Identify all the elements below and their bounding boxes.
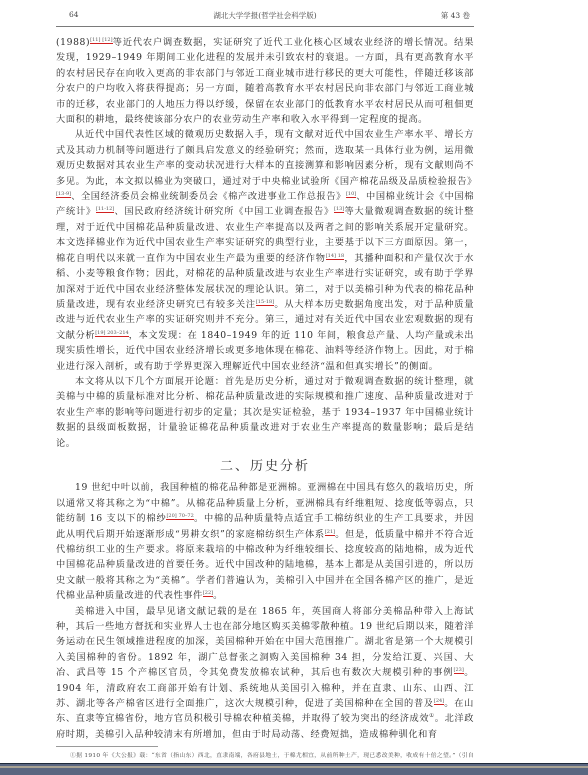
body-text: (1988)[11] [12]等近代农户调查数据，实证研究了近代工业化核心区域农… [56,35,474,742]
citation-link[interactable]: [24] [434,698,444,705]
section-paragraphs: 19 世纪中叶以前，我国种植的棉花品种都是亚洲棉。亚洲棉在中国具有悠久的栽培历史… [56,480,474,742]
citation-link[interactable]: [20] 70–72 [166,513,193,520]
viewer-bottom-bar [0,763,588,775]
text-run: 美棉进入中国，最早见诸文献记载的是在 1865 年，英国商人将部分美棉品种带入上… [56,606,474,679]
intro-paragraphs: (1988)[11] [12]等近代农户调查数据，实证研究了近代工业化核心区域农… [56,35,474,451]
paragraph: (1988)[11] [12]等近代农户调查数据，实证研究了近代工业化核心区域农… [56,35,474,127]
text-run: 本文将从以下几个方面展开论题：首先是历史分析，通过对于微观调查数据的统计整理，就… [56,376,474,449]
text-run: 等近代农户调查数据，实证研究了近代工业化核心区域农业经济的增长情况。结果发现，1… [56,37,474,125]
journal-title: 湖北大学学报(哲学社会科学版) [56,10,474,21]
citation-link[interactable]: [19] 203–214 [95,330,128,337]
paragraph: 美棉进入中国，最早见诸文献记载的是在 1865 年，英国商人将部分美棉品种带入上… [56,604,474,743]
footnote-rule [56,746,158,747]
citation-link[interactable]: [11] [12] [90,37,112,44]
paragraph: 从近代中国代表性区域的微观历史数据入手，现有文献对近代中国农业生产率水平、增长方… [56,127,474,374]
text-run: 、全国经济委员会棉业统制委员会《棉产改进事业工作总报告》 [71,191,346,202]
citation-link[interactable]: [23] [454,667,464,674]
citation-link[interactable]: [15-18] [256,299,274,306]
citation-link[interactable]: [13-9] [56,191,71,198]
text-run: (1988) [56,37,90,48]
citation-link[interactable]: [21] [325,529,335,536]
citation-link[interactable]: [14] 18 [326,253,344,260]
citation-link[interactable]: [13] [334,206,344,213]
text-run: 、国民政府经济统计研究所《中国工业调查报告》 [114,206,334,217]
citation-link[interactable]: [10] [346,191,356,198]
text-run: 。 [213,590,223,601]
citation-link[interactable]: [11-12] [96,206,114,213]
paragraph: 本文将从以下几个方面展开论题：首先是历史分析，通过对于微观调查数据的统计整理，就… [56,374,474,451]
bottom-bar-stripe [0,766,588,768]
volume-label: 第 43 卷 [441,10,470,21]
text-run: 从近代中国代表性区域的微观历史数据入手，现有文献对近代中国农业生产率水平、增长方… [56,129,477,186]
document-page: 64 湖北大学学报(哲学社会科学版) 第 43 卷 (1988)[11] [12… [56,0,474,773]
running-head: 64 湖北大学学报(哲学社会科学版) 第 43 卷 [56,6,474,27]
section-heading: 二、历史分析 [56,459,474,474]
paragraph: 19 世纪中叶以前，我国种植的棉花品种都是亚洲棉。亚洲棉在中国具有悠久的栽培历史… [56,480,474,603]
citation-link[interactable]: [22] [203,590,213,597]
